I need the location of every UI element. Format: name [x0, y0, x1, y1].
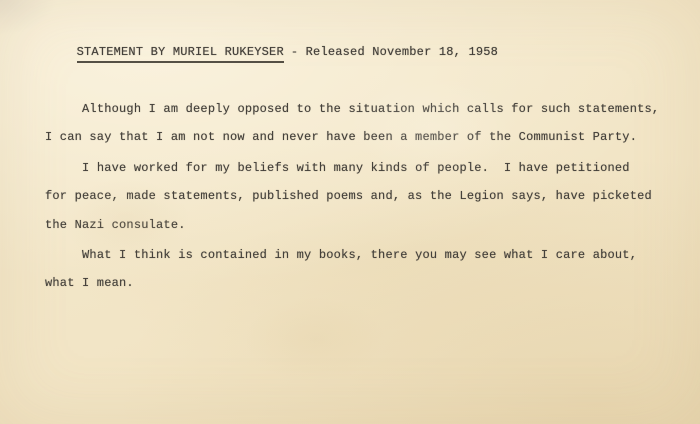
- document-header: STATEMENT BY MURIEL RUKEYSER- Released N…: [47, 28, 498, 79]
- statement-title: STATEMENT BY MURIEL RUKEYSER: [77, 44, 284, 63]
- scanned-document-page: STATEMENT BY MURIEL RUKEYSER- Released N…: [0, 0, 700, 424]
- paragraph-beliefs: I have worked for my beliefs with many k…: [45, 154, 665, 239]
- release-info: - Released November 18, 1958: [291, 45, 498, 59]
- paragraph-membership: Although I am deeply opposed to the situ…: [45, 95, 665, 152]
- statement-body: Although I am deeply opposed to the situ…: [45, 95, 665, 298]
- paragraph-books: What I think is contained in my books, t…: [45, 241, 665, 298]
